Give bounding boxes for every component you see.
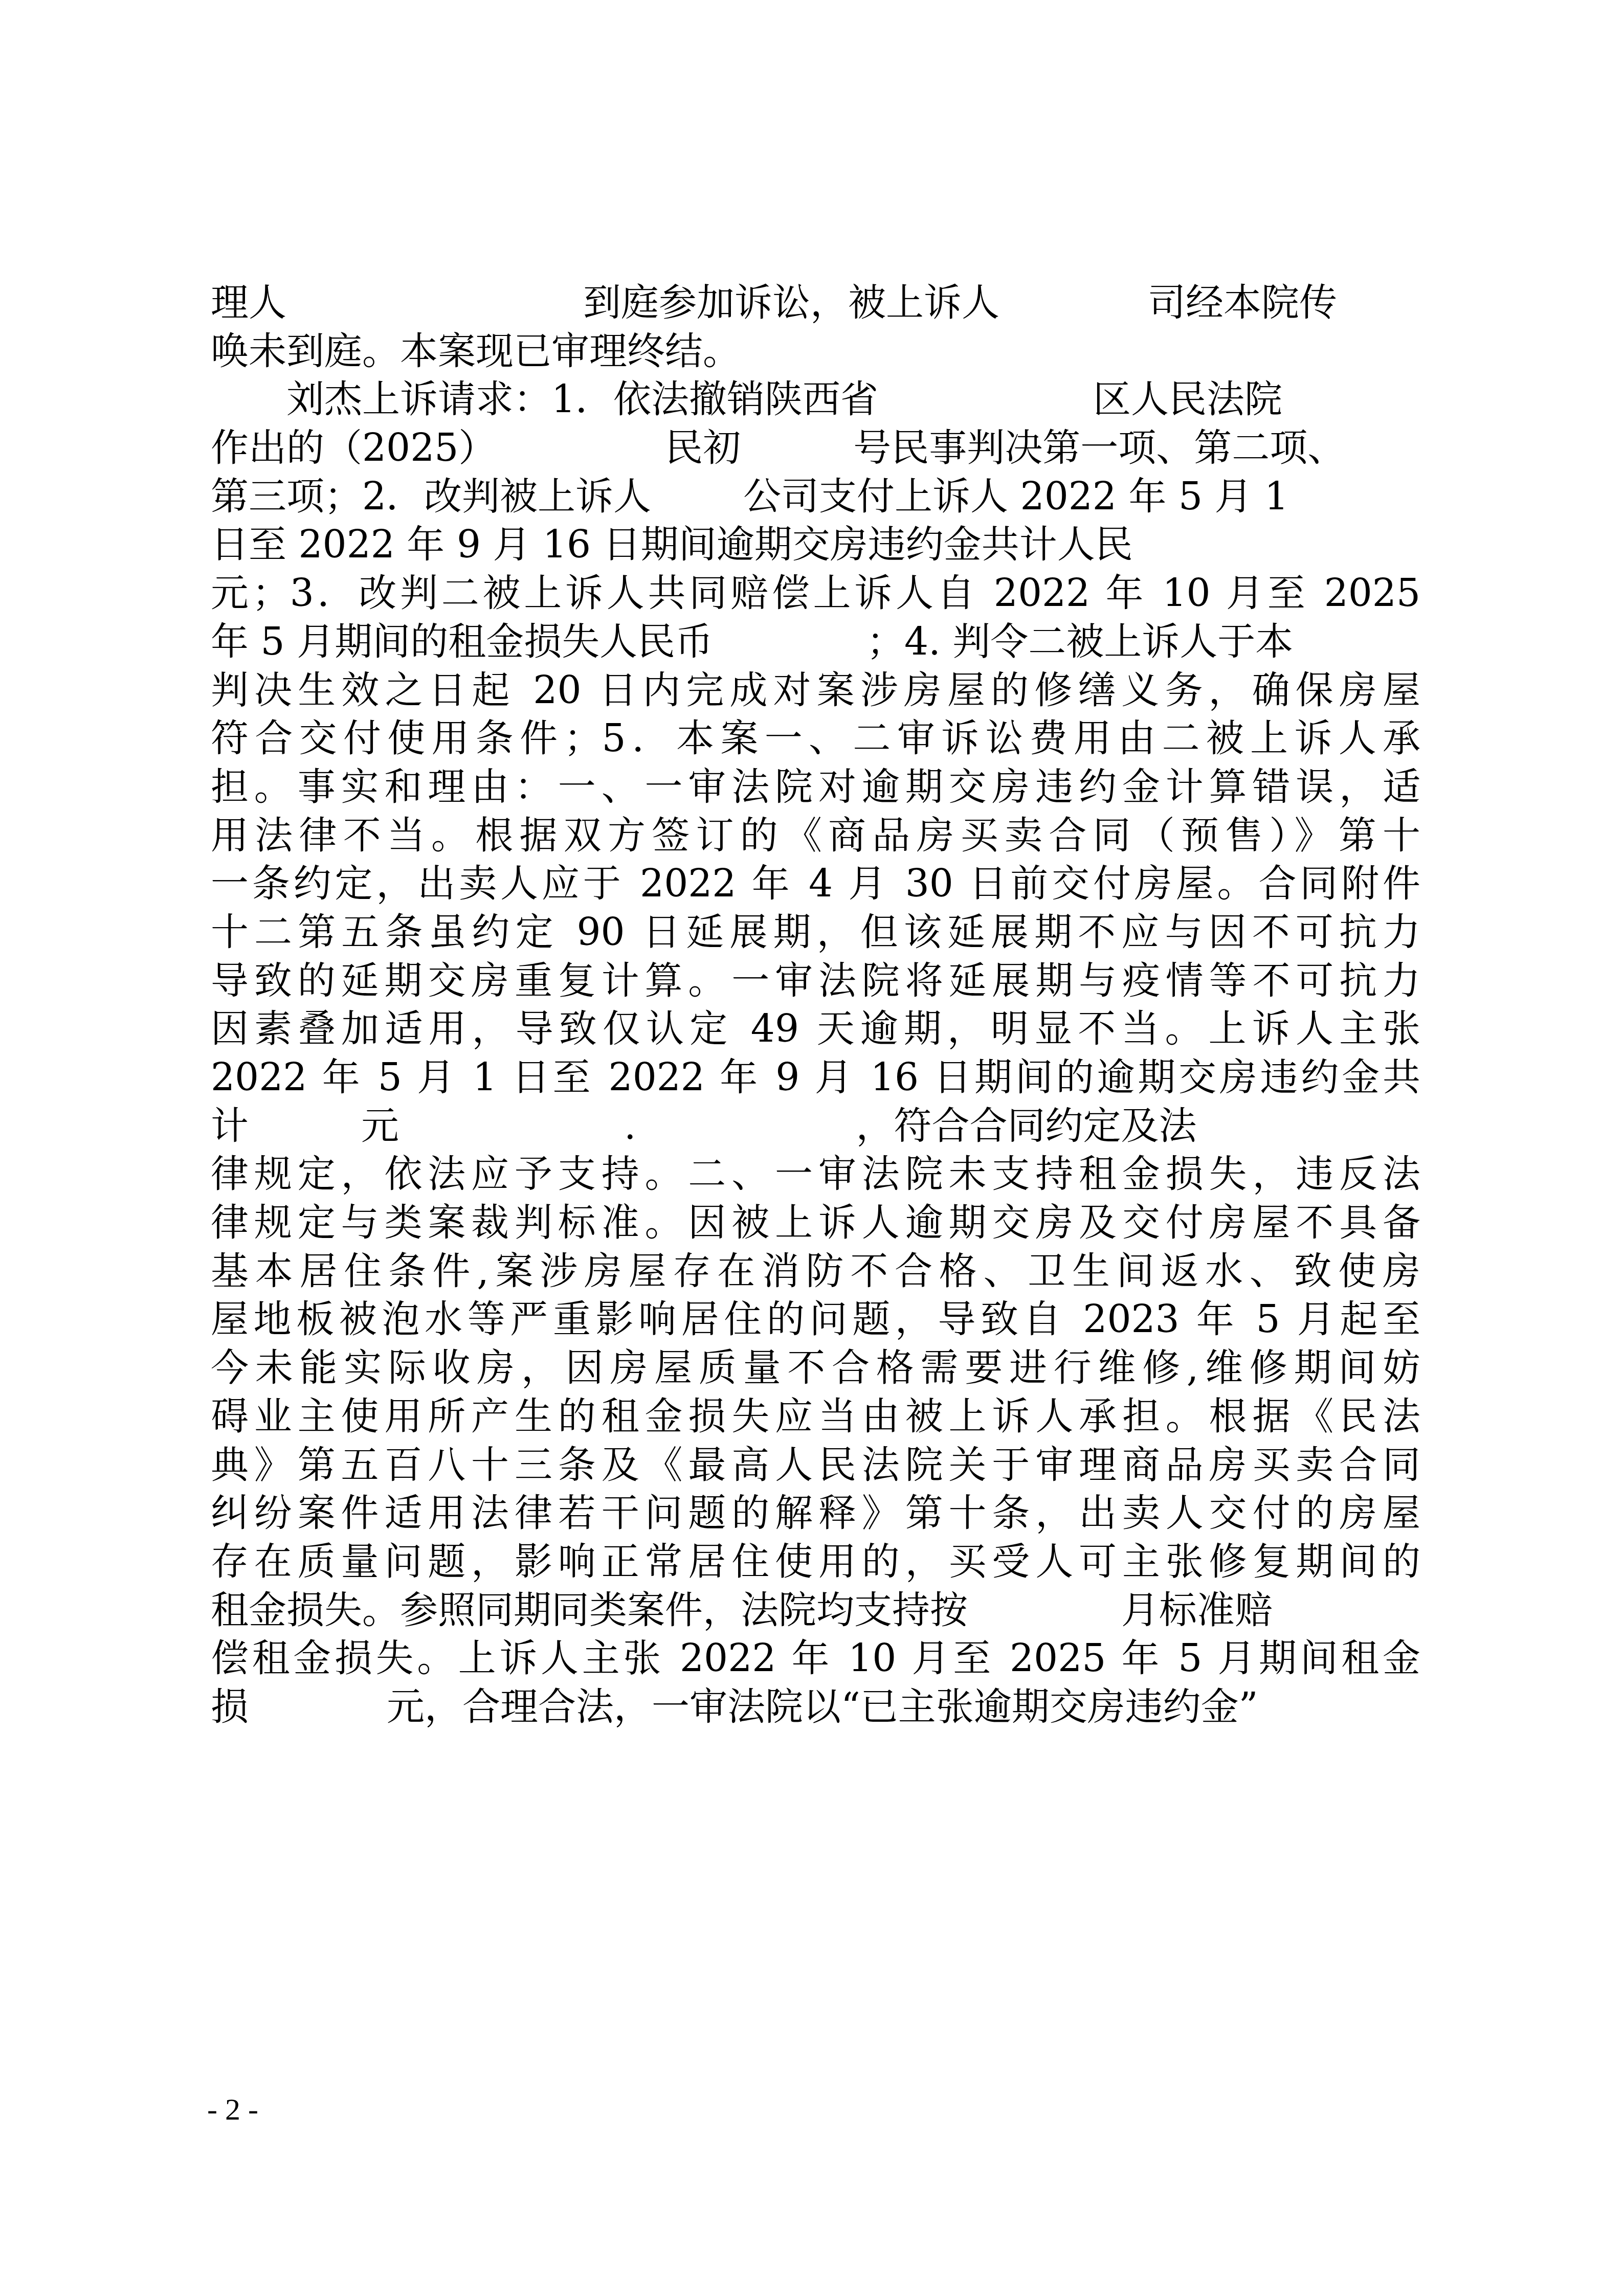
text-line: 基本居住条件,案涉房屋存在消防不合格、卫生间返水、致使房 [211,1247,1420,1296]
redacted-blank [741,424,853,472]
text-segment: 租金损失。参照同期同类案件，法院均支持按 [211,1586,968,1635]
text-segment: 元；3．改判二被上诉人共同赔偿上诉人自 2022 年 10 月至 2025 [211,571,1420,615]
text-segment: 日至 2022 年 9 月 16 日期间逾期交房违约金共计人民 [211,523,1133,567]
text-line: 刘杰上诉请求：1．依法撤销陕西省区人民法院 [211,375,1420,424]
text-line: 符合交付使用条件；5．本案一、二审诉讼费用由二被上诉人承 [211,714,1420,763]
redacted-blank [968,1586,1121,1635]
text-line: 今未能实际收房，因房屋质量不合格需要进行维修,维修期间妨 [211,1344,1420,1392]
text-line: 作出的（2025）民初号民事判决第一项、第二项、 [211,424,1420,472]
text-segment: 元 [361,1102,399,1151]
text-line: 偿租金损失。上诉人主张 2022 年 10 月至 2025 年 5 月期间租金 [211,1634,1420,1683]
text-line: 唤未到庭。本案现已审理终结。 [211,327,1420,376]
text-line: 用法律不当。根据双方签订的《商品房买卖合同（预售）》第十 [211,812,1420,860]
text-segment: 年 5 月期间的租金损失人民币 [211,618,713,666]
text-segment: 唤未到庭。本案现已审理终结。 [211,329,741,373]
text-segment: 司经本院传 [1148,279,1337,327]
text-segment: 律规定，依法应予支持。二、一审法院未支持租金损失，违反法 [211,1152,1420,1196]
redacted-blank [651,472,743,521]
text-segment: 纠纷案件适用法律若干问题的解释》第十条，出卖人交付的房屋 [211,1491,1420,1535]
text-segment: 第三项；2．改判被上诉人 [211,472,651,521]
text-segment: 号民事判决第一项、第二项、 [853,424,1345,472]
text-line: 年 5 月期间的租金损失人民币；4. 判令二被上诉人于本 [211,618,1420,666]
text-segment: 因素叠加适用，导致仅认定 49 天逾期，明显不当。上诉人主张 [211,1007,1420,1051]
text-line: 一条约定，出卖人应于 2022 年 4 月 30 日前交付房屋。合同附件 [211,860,1420,908]
text-segment: 判决生效之日起 20 日内完成对案涉房屋的修缮义务，确保房屋 [211,668,1420,712]
text-line: 计元.，符合合同约定及法 [211,1102,1420,1151]
text-segment: 计 [211,1102,249,1151]
redacted-blank [249,1102,361,1151]
text-line: 碍业主使用所产生的租金损失应当由被上诉人承担。根据《民法 [211,1392,1420,1441]
text-segment: 典》第五百八十三条及《最高人民法院关于审理商品房买卖合同 [211,1443,1420,1487]
redacted-blank [878,375,1093,424]
text-segment: 损 [211,1683,249,1731]
text-line: 损元，合理合法，一审法院以“已主张逾期交房违约金” [211,1683,1420,1731]
text-line: 导致的延期交房重复计算。一审法院将延展期与疫情等不可抗力 [211,957,1420,1005]
text-segment: 基本居住条件,案涉房屋存在消防不合格、卫生间返水、致使房 [211,1249,1420,1293]
text-line: 存在质量问题，影响正常居住使用的，买受人可主张修复期间的 [211,1538,1420,1586]
text-segment: 一条约定，出卖人应于 2022 年 4 月 30 日前交付房屋。合同附件 [211,862,1420,906]
text-segment: ，符合合同约定及法 [856,1102,1197,1151]
text-segment: 符合交付使用条件；5．本案一、二审诉讼费用由二被上诉人承 [211,716,1420,760]
text-line: 十二第五条虽约定 90 日延展期，但该延展期不应与因不可抗力 [211,908,1420,957]
text-line: 纠纷案件适用法律若干问题的解释》第十条，出卖人交付的房屋 [211,1489,1420,1538]
text-line: 担。事实和理由：一、一审法院对逾期交房违约金计算错误，适 [211,763,1420,812]
text-segment: 到庭参加诉讼，被上诉人 [583,279,999,327]
text-line: 租金损失。参照同期同类案件，法院均支持按月标准赔 [211,1586,1420,1635]
text-line: 典》第五百八十三条及《最高人民法院关于审理商品房买卖合同 [211,1441,1420,1490]
text-segment: ；4. 判令二被上诉人于本 [866,618,1293,666]
text-line: 第三项；2．改判被上诉人公司支付上诉人 2022 年 5 月 1 [211,472,1420,521]
redacted-blank [496,424,665,472]
text-line: 屋地板被泡水等严重影响居住的问题，导致自 2023 年 5 月起至 [211,1295,1420,1344]
text-segment: 刘杰上诉请求：1．依法撤销陕西省 [211,375,878,424]
redacted-blank [636,1102,856,1151]
text-segment: 担。事实和理由：一、一审法院对逾期交房违约金计算错误，适 [211,765,1420,809]
redacted-blank [286,279,583,327]
text-segment: 导致的延期交房重复计算。一审法院将延展期与疫情等不可抗力 [211,959,1420,1003]
text-segment: 碍业主使用所产生的租金损失应当由被上诉人承担。根据《民法 [211,1394,1420,1438]
text-segment: 公司支付上诉人 2022 年 5 月 1 [743,472,1288,521]
text-segment: 用法律不当。根据双方签订的《商品房买卖合同（预售）》第十 [211,814,1420,858]
text-line: 判决生效之日起 20 日内完成对案涉房屋的修缮义务，确保房屋 [211,666,1420,715]
text-line: 理人到庭参加诉讼，被上诉人司经本院传 [211,279,1420,327]
text-line: 律规定与类案裁判标准。因被上诉人逾期交房及交付房屋不具备 [211,1199,1420,1247]
redacted-blank [999,279,1148,327]
text-segment: 月标准赔 [1121,1586,1273,1635]
text-segment: . [624,1102,636,1151]
judgment-body-text: 理人到庭参加诉讼，被上诉人司经本院传唤未到庭。本案现已审理终结。 刘杰上诉请求：… [211,279,1420,1731]
text-segment: 元，合理合法，一审法院以“已主张逾期交房违约金” [387,1683,1258,1731]
text-segment: 作出的（2025） [211,424,496,472]
redacted-blank [399,1102,624,1151]
text-segment: 2022 年 5 月 1 日至 2022 年 9 月 16 日期间的逾期交房违约… [211,1055,1420,1099]
text-segment: 偿租金损失。上诉人主张 2022 年 10 月至 2025 年 5 月期间租金 [211,1636,1420,1680]
document-page: 理人到庭参加诉讼，被上诉人司经本院传唤未到庭。本案现已审理终结。 刘杰上诉请求：… [0,0,1624,2296]
text-line: 日至 2022 年 9 月 16 日期间逾期交房违约金共计人民 [211,521,1420,569]
text-segment: 民初 [665,424,741,472]
text-segment: 今未能实际收房，因房屋质量不合格需要进行维修,维修期间妨 [211,1346,1420,1390]
text-segment: 律规定与类案裁判标准。因被上诉人逾期交房及交付房屋不具备 [211,1201,1420,1245]
text-segment: 存在质量问题，影响正常居住使用的，买受人可主张修复期间的 [211,1540,1420,1584]
text-line: 元；3．改判二被上诉人共同赔偿上诉人自 2022 年 10 月至 2025 [211,569,1420,618]
redacted-blank [249,1683,387,1731]
text-segment: 理人 [211,279,286,327]
redacted-blank [713,618,866,666]
page-number: - 2 - [207,2089,258,2130]
text-line: 律规定，依法应予支持。二、一审法院未支持租金损失，违反法 [211,1150,1420,1199]
text-line: 2022 年 5 月 1 日至 2022 年 9 月 16 日期间的逾期交房违约… [211,1053,1420,1102]
text-segment: 屋地板被泡水等严重影响居住的问题，导致自 2023 年 5 月起至 [211,1297,1420,1341]
text-segment: 十二第五条虽约定 90 日延展期，但该延展期不应与因不可抗力 [211,910,1420,954]
text-line: 因素叠加适用，导致仅认定 49 天逾期，明显不当。上诉人主张 [211,1005,1420,1053]
text-segment: 区人民法院 [1093,375,1282,424]
